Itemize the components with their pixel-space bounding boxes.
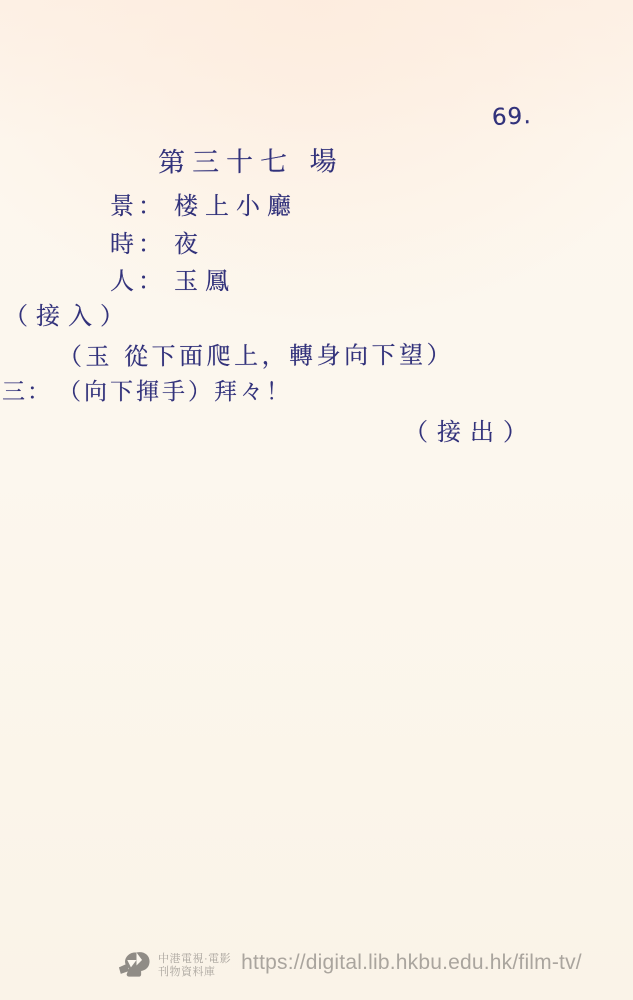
library-name-line2: 刊物資料庫 [158,966,231,979]
page-number: 69. [491,103,532,131]
field-setting-label: 景 [110,186,134,221]
dialogue-speaker: 三 [2,373,25,406]
field-time-colon: ： [138,224,162,259]
field-setting-value: 楼上小廳 [174,186,298,221]
field-cast-colon: ： [138,261,162,296]
field-setting-colon: ： [138,186,162,221]
stage-direction: （玉 從下面爬上，轉身向下望） [58,335,454,372]
dialogue-speech: （向下揮手）拜々！ [58,373,292,406]
field-time-value: 夜 [174,224,205,259]
library-url: https://digital.lib.hkbu.edu.hk/film-tv/ [241,951,582,975]
field-cast-label: 人 [110,261,134,296]
field-time: 時 ： 夜 [110,224,205,259]
dialogue-line: 三 ： （向下揮手）拜々！ [2,373,292,406]
field-setting: 景 ： 楼上小廳 [110,186,298,221]
scene-title: 第三十七 場 [158,139,344,179]
dialogue-colon: ： [27,373,50,406]
field-cast-value: 玉鳳 [174,261,236,296]
library-name: 中港電視·電影 刊物資料庫 [158,953,231,979]
field-time-label: 時 [110,224,134,259]
scanned-script-page: 69. 第三十七 場 景 ： 楼上小廳 時 ： 夜 人 ： 玉鳳 （接入） （玉… [0,0,633,1000]
transition-in: （接入） [4,296,132,331]
transition-out: （接出） [404,412,536,447]
library-watermark: 中港電視·電影 刊物資料庫 https://digital.lib.hkbu.e… [118,946,582,984]
film-camera-icon [118,947,155,984]
library-name-line1: 中港電視·電影 [158,953,231,966]
field-cast: 人 ： 玉鳳 [110,261,236,296]
